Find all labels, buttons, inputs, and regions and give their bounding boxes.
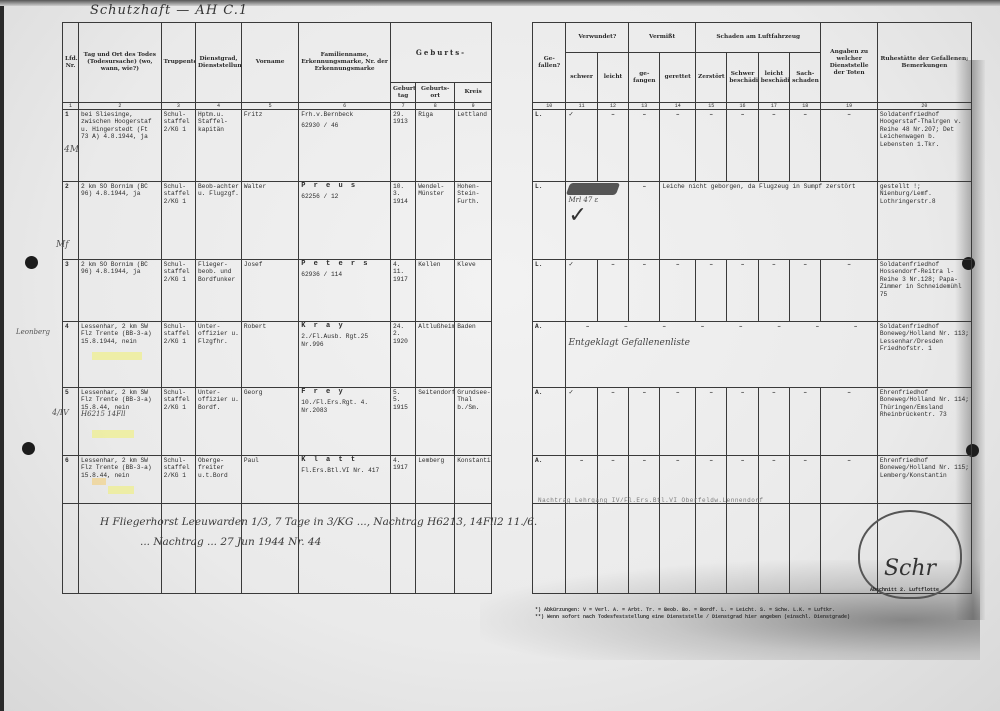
header-heavily-damaged: Schwer beschädigt [727,53,758,103]
handwritten-annotation: Entgeklagt Gefallenenliste [568,340,874,347]
header-aircraft-damage: Schaden am Luftfahrzeug [696,23,821,53]
table-row: A. – – – – – – – – Entgeklagt Gefallenen… [533,322,972,388]
header-death: Tag und Ort des Todes (Todesursache) (wo… [79,23,162,103]
header-rank: Dienstgrad, Dienststellung [196,23,242,103]
margin-note: 4/IV [52,408,69,417]
header-first-name: Vorname [241,23,298,103]
margin-note: 4M [64,145,79,155]
header-remarks: Ruhestätte der Gefallenen; Bemerkungen [877,23,971,103]
header-captured: ge-fangen [629,53,660,103]
handwritten-bottom-note: H Fliegerhorst Leeuwarden 1/3, 7 Tage in… [100,512,620,552]
header-fallen: Ge-fallen? [533,23,566,103]
table-row: L. Mrl 47 ε✓ – Leiche nicht geborgen, da… [533,182,972,260]
header-birth-group: Geburts- [391,23,492,83]
punch-hole-left-bottom [22,442,35,455]
header-severe: schwer [566,53,597,103]
header-destroyed: Zerstört [696,53,727,103]
footnotes: *) Abkürzungen: V = Verl. A. = Arbt. Tr.… [535,607,955,621]
header-lfd-nr: Lfd. Nr. [63,23,79,103]
header-surname: Familienname, Erkennungsmarke, Nr. der E… [299,23,391,103]
header-birth-place: Geburts-ort [416,83,455,103]
redaction-mark [566,183,620,195]
margin-note: Leonberg [16,328,50,336]
check-mark-icon: ✓ [566,110,597,182]
punch-hole-left-top [25,256,38,269]
struck-line: Nachtrag Lehrgang IV/Fl.Ers.Btl.VI Oberf… [538,497,764,504]
table-row: 5 Lessenhar, 2 km SW Flz Trente (BB-3-a)… [63,388,492,456]
header-wounded: Verwundet? [566,23,629,53]
header-material-damage: Sach-schaden [790,53,821,103]
header-rescued: gerettet [660,53,696,103]
column-number-row: 10 11 12 13 14 15 16 17 18 19 20 [533,103,972,110]
table-row: 6 Lessenhar, 2 km SW Flz Trente (BB-3-a)… [63,456,492,504]
left-casualty-table: Lfd. Nr. Tag und Ort des Todes (Todesurs… [62,22,492,594]
header-lightly-damaged: leicht beschädigt [758,53,789,103]
table-row: 2 2 km SO Bornim (BC 96) 4.8.1944, ja Sc… [63,182,492,260]
header-birth-day: Geburts-tag [391,83,416,103]
scan-edge [0,0,4,711]
highlight-mark [92,478,106,485]
header-unit: Truppenteil [161,23,195,103]
header-handwritten: Schutzhaft — AH C.1 [90,3,248,18]
header-district: Kreis [455,83,492,103]
highlight-mark [92,352,142,360]
table-row: L. ✓ – – – – – – – – Soldatenfriedhof Ho… [533,110,972,182]
header-unit-dead: Angaben zu welcher Dienststelle der Tote… [821,23,877,103]
margin-note: Mf [56,240,69,250]
highlight-mark [92,430,134,438]
highlight-mark [108,486,134,494]
table-row: A. ✓ – – – – – – – – Ehrenfriedhof Bonew… [533,388,972,456]
table-row: 3 2 km SO Bornim (BC 96) 4.8.1944, ja Sc… [63,260,492,322]
column-number-row: 1 2 3 4 5 6 7 8 9 [63,103,492,110]
table-row: 1 bei Sliesinge, zwischen Hoogerstaf u. … [63,110,492,182]
signature: Schr [884,556,936,581]
header-missing: Vermißt [629,23,696,53]
right-casualty-table: Ge-fallen? Verwundet? Vermißt Schaden am… [532,22,972,594]
check-mark-icon: ✓ [566,388,597,456]
table-row: L. ✓ – – – – – – – – Soldatenfriedhof Ho… [533,260,972,322]
official-stamp: Schr Abschnitt 2. Luftflotte [858,510,962,599]
header-light: leicht [597,53,628,103]
check-mark-icon: ✓ [566,260,597,322]
check-mark-icon: ✓ [568,205,626,227]
